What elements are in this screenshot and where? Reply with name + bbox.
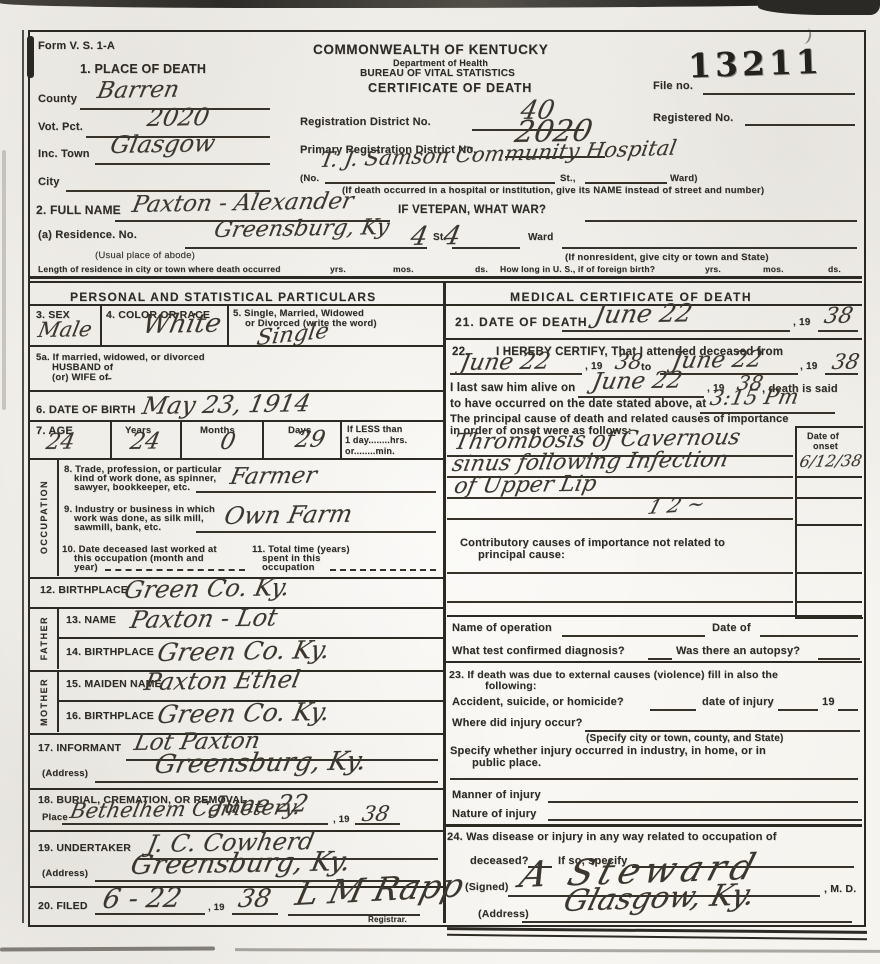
age-divider-2 <box>180 420 182 458</box>
yrs-label: yrs. <box>330 264 346 274</box>
ds-label: ds. <box>475 264 488 274</box>
injury-year-line <box>838 709 858 711</box>
onset-box-line-2 <box>795 497 862 499</box>
race-value: White <box>140 309 224 340</box>
father-side-label: FATHER <box>39 616 49 660</box>
married-label-3: (or) WIFE of <box>52 372 108 383</box>
specify-city-note: (Specify city or town, county, and State… <box>586 733 783 744</box>
accident-line <box>650 709 696 711</box>
no-line <box>325 182 555 184</box>
principal-cause-label-1: The principal cause of death and related… <box>450 413 789 425</box>
onset-header-2: onset <box>813 441 838 451</box>
inc-town-label: Inc. Town <box>38 148 90 160</box>
last-saw-value: June 22 <box>590 367 684 395</box>
mos-label: mos. <box>393 264 414 274</box>
burial-place-label: Place <box>42 812 68 823</box>
st-line <box>585 182 667 184</box>
injury-19-label: 19 <box>822 696 835 708</box>
undertaker-label: 19. UNDERTAKER <box>38 842 131 854</box>
residence-years-value: 4 4 <box>408 221 467 252</box>
operation-line <box>562 635 705 637</box>
last-saw-label: I last saw him alive on <box>450 382 575 394</box>
age-value: 24 <box>44 430 77 455</box>
accident-label: Accident, suicide, or homicide? <box>452 696 624 708</box>
bottom-slant-rule-1 <box>447 927 867 933</box>
registrar-label: Registrar. <box>368 915 407 924</box>
date-of-death-value: June 22 <box>592 298 695 329</box>
autopsy-line <box>818 658 860 660</box>
form-left-double-line <box>22 30 24 923</box>
sex-value: Male <box>36 317 94 342</box>
scan-left-smudge <box>2 150 6 410</box>
death-certificate-scan: Form V. S. 1-A 1. PLACE OF DEATH County … <box>0 0 880 964</box>
sex-race-divider <box>100 304 102 345</box>
attended-to-19-label: , 19 <box>800 361 817 372</box>
father-side-strip: FATHER <box>30 608 59 669</box>
occupation-related-label: 24. Was disease or injury in any way rel… <box>447 831 777 843</box>
father-name-value: Paxton - Lot <box>128 603 280 634</box>
personal-title: PERSONAL AND STATISTICAL PARTICULARS <box>70 290 376 304</box>
informant-address-line <box>95 781 438 783</box>
father-birthplace-label: 14. BIRTHPLACE <box>66 646 154 658</box>
registered-no-line <box>745 124 855 126</box>
contributory-label-2: principal cause: <box>478 549 565 561</box>
ward-label: Ward) <box>670 173 698 184</box>
operation-label: Name of operation <box>452 622 552 634</box>
physician-address-label: (Address) <box>478 908 529 920</box>
birthplace-label: 12. BIRTHPLACE <box>40 584 128 596</box>
veteran-line <box>585 220 857 222</box>
cause-rule-4 <box>447 518 793 520</box>
ds2-label: ds. <box>828 264 841 274</box>
scan-bottom-streak-left <box>0 946 215 951</box>
occupation-side-strip: OCCUPATION <box>30 459 59 576</box>
form-number: Form V. S. 1-A <box>38 40 115 52</box>
residence-value: Greensburg, Ky <box>212 215 391 243</box>
filed-value: 6 - 22 <box>100 883 184 915</box>
date-of-death-year-line <box>818 330 858 332</box>
age-divider-3 <box>262 420 264 458</box>
filed-year-value: 38 <box>236 883 274 913</box>
dob-row-rule <box>28 420 443 422</box>
burial-line <box>62 823 328 825</box>
injury-date-label: date of injury <box>702 696 774 708</box>
contributory-rule-2 <box>447 601 793 603</box>
veteran-label: IF VETEPAN, WHAT WAR? <box>398 204 546 216</box>
mother-birthplace-value: Green Co. Ky. <box>155 697 332 729</box>
date-of-death-label: 21. DATE OF DEATH <box>455 315 588 329</box>
length-residence-label: Length of residence in city or town wher… <box>38 264 281 274</box>
occurred-label: to have occurred on the date stated abov… <box>450 398 706 410</box>
manner-injury-label: Manner of injury <box>452 789 541 801</box>
informant-address-value: Greensburg, Ky. <box>152 746 369 780</box>
trade-value: Farmer <box>228 463 319 490</box>
bureau-subtitle: BUREAU OF VITAL STATISTICS <box>360 68 515 79</box>
date-of-death-rule <box>445 338 862 340</box>
onset-box-bottom-rule <box>447 615 862 617</box>
father-birthplace-value: Green Co. Ky. <box>155 635 332 667</box>
trade-label-3: sawyer, bookkeeper, etc. <box>74 482 190 493</box>
industry-label-3: sawmill, bank, etc. <box>74 522 161 533</box>
signed-label: (Signed) <box>465 881 509 893</box>
file-number-stamp: 13211 <box>687 42 823 86</box>
filed-line <box>95 913 205 915</box>
file-no-label: File no. <box>653 80 693 92</box>
total-time-label-3: occupation <box>262 562 315 573</box>
autopsy-label: Was there an autopsy? <box>676 645 800 657</box>
registered-no-label: Registered No. <box>653 112 733 124</box>
onset-box-line-1 <box>795 476 862 478</box>
attended-from-value: June 22 <box>458 348 552 376</box>
burial-year-line <box>355 823 400 825</box>
where-injury-line <box>585 730 860 732</box>
industry-line <box>196 531 436 533</box>
residence-ward-label: Ward <box>528 232 553 243</box>
residence-label: (a) Residence. No. <box>38 229 137 241</box>
specify-injury-label-2: public place. <box>472 757 541 769</box>
residence-line <box>185 247 427 249</box>
nature-injury-line <box>548 819 862 821</box>
md-label: , M. D. <box>824 883 856 895</box>
contributory-label-1: Contributory causes of importance not re… <box>460 537 725 549</box>
department-subtitle: Department of Health <box>393 58 488 68</box>
age-less-label-2: 1 day........hrs. <box>345 435 407 445</box>
age-divider-4 <box>340 420 342 458</box>
certificate-title: CERTIFICATE OF DEATH <box>368 81 532 95</box>
county-label: County <box>38 93 77 105</box>
no-label: (No. <box>300 173 319 184</box>
operation-date-label: Date of <box>712 622 751 634</box>
mother-side-label: MOTHER <box>39 678 49 726</box>
st-label: St., <box>560 173 576 184</box>
birthplace-value: Green Co. Ky. <box>122 573 292 604</box>
date-of-death-year-value: 38 <box>822 304 855 329</box>
age-days-value: 29 <box>293 426 327 453</box>
onset-box-line-4 <box>795 572 862 574</box>
filed-label: 20. FILED <box>38 900 88 912</box>
onset-box-line-3 <box>795 524 862 526</box>
cause-line-3: of Upper Lip <box>452 472 599 499</box>
mos2-label: mos. <box>763 264 784 274</box>
attended-from-line <box>450 373 582 375</box>
nature-row-rule <box>445 824 862 827</box>
attended-to-year-line <box>825 373 858 375</box>
deceased-label: deceased? <box>470 855 529 867</box>
last-worked-label-3: year) <box>74 562 98 573</box>
date-of-death-19-label: , 19 <box>793 317 810 328</box>
how-long-label: How long in U. S., if of foreign birth? <box>500 264 655 274</box>
attended-to-year-value: 38 <box>830 350 862 374</box>
injury-date-line <box>778 709 818 711</box>
operation-date-line <box>760 635 858 637</box>
mother-birthplace-label: 16. BIRTHPLACE <box>66 710 154 722</box>
contributory-rule-1 <box>447 572 793 574</box>
bottom-slant-rule-2 <box>447 934 867 940</box>
full-name-value: Paxton - Alexander <box>130 188 356 218</box>
occupation-side-label: OCCUPATION <box>39 480 49 554</box>
abode-note: (Usual place of abode) <box>95 250 195 261</box>
column-divider <box>443 281 446 923</box>
physician-address-line <box>522 921 852 923</box>
double-rule-top <box>28 276 862 279</box>
age-less-label-1: If LESS than <box>347 424 402 434</box>
trade-line <box>196 491 436 493</box>
external-causes-label-2: following: <box>485 680 537 692</box>
age-years-value: 24 <box>128 428 162 455</box>
last-worked-line <box>105 569 245 571</box>
residence-ward-line <box>562 247 857 249</box>
informant-address-label: (Address) <box>42 768 88 779</box>
onset-date-value: 6/12/38 <box>798 451 864 471</box>
filed-19-label: , 19 <box>208 902 225 913</box>
left-border-ink-blob <box>27 36 34 78</box>
industry-value: Own Farm <box>222 500 355 530</box>
physician-address-value: Glasgow, Ky. <box>560 877 759 919</box>
race-marital-divider <box>227 304 229 345</box>
dob-label: 6. DATE OF BIRTH <box>36 404 136 416</box>
vot-pct-value: 2020 <box>145 103 212 132</box>
test-row-rule <box>445 661 862 663</box>
burial-19-label: , 19 <box>333 814 350 825</box>
scan-bottom-streak-right <box>235 948 880 953</box>
inc-town-line <box>95 163 270 165</box>
onset-header-1: Date of <box>807 431 839 441</box>
filed-year-line <box>232 913 278 915</box>
informant-label: 17. INFORMANT <box>38 742 121 754</box>
dob-value: May 23, 1914 <box>140 389 313 420</box>
scan-top-corner-blob <box>758 0 880 15</box>
date-of-death-line <box>562 330 790 332</box>
cause-flourish: 1 2 ~ <box>645 491 708 519</box>
onset-box-line-5 <box>795 601 862 603</box>
place-of-death-title: 1. PLACE OF DEATH <box>80 62 206 76</box>
age-row-rule <box>28 458 443 460</box>
city-label: City <box>38 176 60 188</box>
test-line <box>648 658 672 660</box>
specify-injury-label-1: Specify whether injury occurred in indus… <box>450 745 766 757</box>
age-less-label-3: or........min. <box>345 446 395 456</box>
scan-top-edge <box>0 0 880 8</box>
time-of-death-value: 3:15 Pm <box>708 384 801 410</box>
yrs2-label: yrs. <box>705 264 721 274</box>
county-value: Barren <box>95 77 181 104</box>
inc-town-value: Glasgow <box>108 129 218 159</box>
mother-side-strip: MOTHER <box>30 671 59 732</box>
personal-title-rule <box>28 304 443 306</box>
hospital-note: (If death occurred in a hospital or inst… <box>342 185 764 196</box>
test-label: What test confirmed diagnosis? <box>452 645 625 657</box>
undertaker-address-label: (Address) <box>42 868 88 879</box>
mother-name-value: Paxton Ethel <box>142 665 303 696</box>
manner-injury-line <box>548 801 858 803</box>
where-injury-label: Where did injury occur? <box>452 717 583 729</box>
commonwealth-title: COMMONWEALTH OF KENTUCKY <box>313 42 548 57</box>
sex-row-rule <box>28 345 443 347</box>
cause-rule-3 <box>447 497 793 499</box>
reg-district-label: Registration District No. <box>300 116 431 128</box>
specify-blank-line <box>450 778 858 780</box>
vot-pct-label: Vot. Pct. <box>38 121 83 133</box>
full-name-label: 2. FULL NAME <box>36 203 121 217</box>
burial-date-value: June 22 <box>212 789 311 819</box>
total-time-line <box>330 569 436 571</box>
nature-injury-label: Nature of injury <box>452 808 537 820</box>
file-no-line <box>703 93 855 95</box>
age-divider-1 <box>110 420 112 458</box>
nonresident-note: (If nonresident, give city or town and S… <box>565 252 769 263</box>
father-name-label: 13. NAME <box>66 614 116 626</box>
